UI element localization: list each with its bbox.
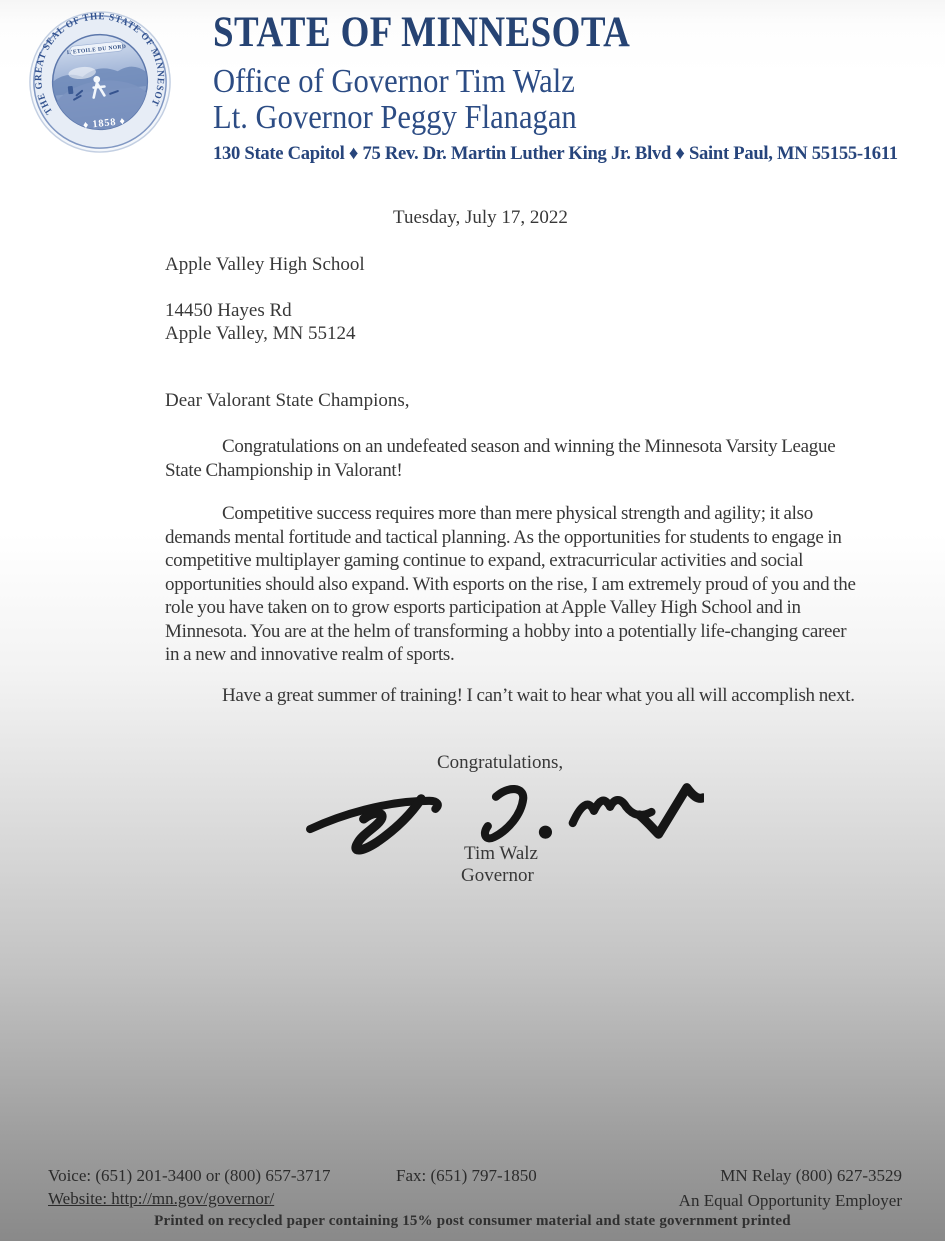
signature-name: Tim Walz (464, 842, 538, 866)
letterhead: STATE OF MINNESOTA Office of Governor Ti… (213, 8, 912, 165)
closing-line: Congratulations, (437, 751, 563, 775)
recipient-street: 14450 Hayes Rd (165, 299, 292, 323)
letterhead-address: 130 State Capitol ♦ 75 Rev. Dr. Martin L… (213, 143, 898, 165)
footer-recycled-notice: Printed on recycled paper containing 15%… (0, 1213, 945, 1230)
paragraph-congratulations: Congratulations on an undefeated season … (165, 435, 862, 482)
footer-fax: Fax: (651) 797-1850 (396, 1166, 537, 1186)
footer-mn-relay: MN Relay (800) 627-3529 (720, 1166, 902, 1186)
office-line-lt-governor: Lt. Governor Peggy Flanagan (213, 100, 842, 136)
letter-date: Tuesday, July 17, 2022 (393, 206, 568, 230)
recipient-name: Apple Valley High School (165, 253, 365, 277)
paragraph-summer: Have a great summer of training! I can’t… (165, 684, 862, 708)
letter-page: L'ETOILE DU NORD THE GREAT SEAL OF THE S… (0, 0, 945, 1241)
paragraph-esports: Competitive success requires more than m… (165, 502, 862, 667)
footer-voice-phone: Voice: (651) 201-3400 or (800) 657-3717 (48, 1166, 331, 1186)
recipient-city: Apple Valley, MN 55124 (165, 322, 356, 346)
signature-title: Governor (461, 864, 534, 888)
minnesota-state-seal: L'ETOILE DU NORD THE GREAT SEAL OF THE S… (26, 6, 174, 158)
footer-website-link: Website: http://mn.gov/governor/ (48, 1189, 274, 1209)
salutation: Dear Valorant State Champions, (165, 389, 410, 413)
footer-equal-opportunity: An Equal Opportunity Employer (679, 1191, 902, 1211)
state-title: STATE OF MINNESOTA (213, 8, 814, 57)
office-line-governor: Office of Governor Tim Walz (213, 64, 842, 100)
